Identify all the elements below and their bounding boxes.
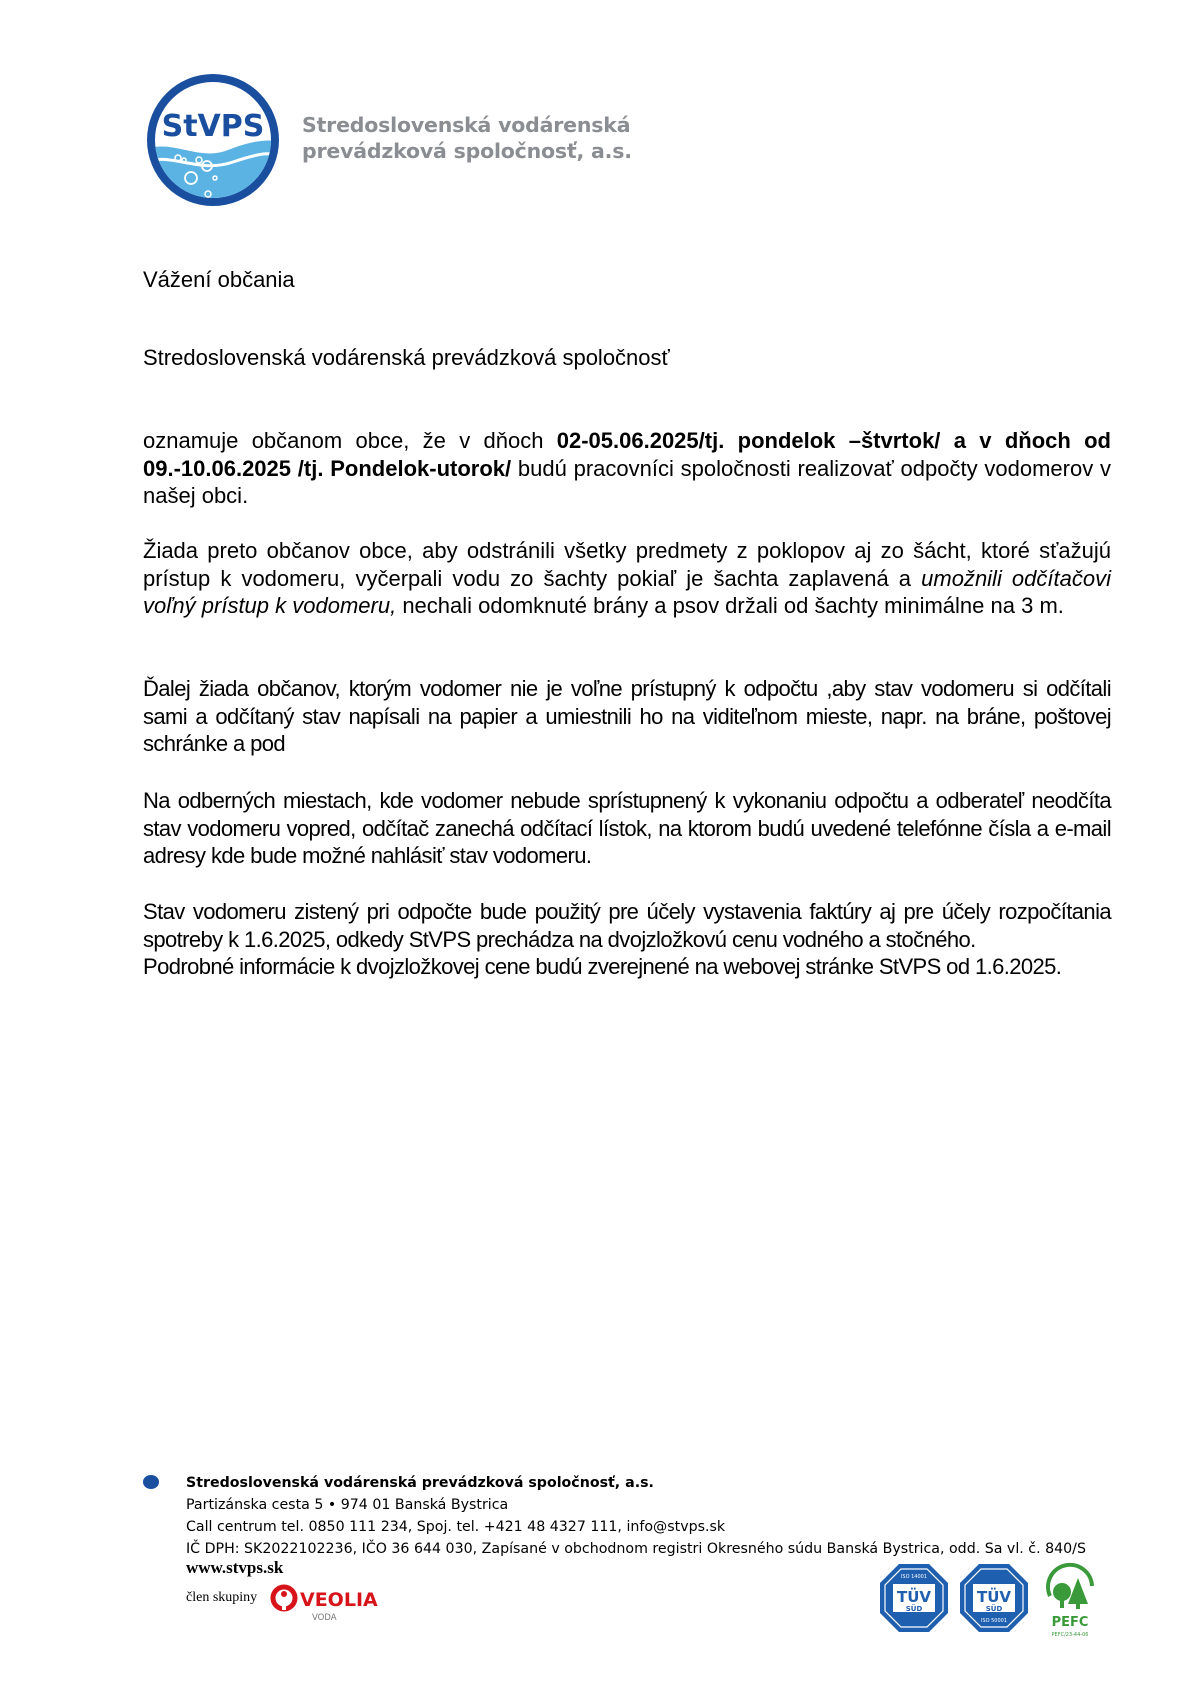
svg-text:VEOLIA: VEOLIA bbox=[300, 1589, 378, 1611]
paragraph-schedule: oznamuje občanom obce, že v dňoch 02-05.… bbox=[143, 427, 1111, 510]
svg-text:ISO 50001: ISO 50001 bbox=[981, 1618, 1007, 1624]
svg-text:SÜD: SÜD bbox=[906, 1604, 923, 1613]
svg-text:TÜV: TÜV bbox=[977, 1587, 1011, 1606]
paragraph-billing: Stav vodomeru zistený pri odpočte bude p… bbox=[143, 898, 1111, 981]
footer-registry: IČ DPH: SK2022102236, IČO 36 644 030, Za… bbox=[186, 1538, 1086, 1560]
logo-name-line1: Stredoslovenská vodárenská bbox=[302, 112, 632, 138]
svg-text:StVPS: StVPS bbox=[162, 109, 265, 144]
footer-contacts: Call centrum tel. 0850 111 234, Spoj. te… bbox=[186, 1516, 1086, 1538]
svg-text:PEFC: PEFC bbox=[1052, 1615, 1089, 1630]
footer-address: Partizánska cesta 5 • 974 01 Banská Byst… bbox=[186, 1494, 1086, 1516]
p2-text-end: nechali odomknuté brány a psov držali od… bbox=[396, 593, 1064, 618]
p5-info: Podrobné informácie k dvojzložkovej cene… bbox=[143, 953, 1111, 981]
svg-text:VODA: VODA bbox=[312, 1613, 337, 1623]
footer-contact: Stredoslovenská vodárenská prevádzková s… bbox=[186, 1472, 1086, 1560]
footer-bullet-icon bbox=[143, 1475, 159, 1489]
p1-text: oznamuje občanom obce, že v dňoch bbox=[143, 428, 557, 453]
tuv-iso50001-icon: TÜV SÜD ISO 50001 bbox=[958, 1562, 1030, 1634]
pefc-logo: PEFC PEFC/23-44-06 bbox=[1038, 1560, 1102, 1640]
sender-company: Stredoslovenská vodárenská prevádzková s… bbox=[143, 344, 1111, 372]
company-logo-name: Stredoslovenská vodárenská prevádzková s… bbox=[302, 112, 632, 164]
member-of-label: člen skupiny bbox=[186, 1590, 257, 1606]
logo-name-line2: prevádzková spoločnosť, a.s. bbox=[302, 138, 632, 164]
paragraph-reading-slip: Na odberných miestach, kde vodomer nebud… bbox=[143, 787, 1111, 870]
paragraph-self-reading: Ďalej žiada občanov, ktorým vodomer nie … bbox=[143, 675, 1111, 758]
greeting: Vážení občania bbox=[143, 266, 1111, 294]
footer-company: Stredoslovenská vodárenská prevádzková s… bbox=[186, 1472, 1086, 1494]
svg-text:SÜD: SÜD bbox=[986, 1604, 1003, 1613]
stvps-logo: StVPS bbox=[143, 70, 283, 210]
paragraph-request: Žiada preto občanov obce, aby odstránili… bbox=[143, 537, 1111, 620]
tuv-iso14001-icon: TÜV SÜD ISO 14001 bbox=[878, 1562, 950, 1634]
svg-text:TÜV: TÜV bbox=[897, 1587, 931, 1606]
svg-text:PEFC/23-44-06: PEFC/23-44-06 bbox=[1052, 1632, 1089, 1638]
veolia-logo: VEOLIA VODA bbox=[270, 1580, 400, 1624]
website-link[interactable]: www.stvps.sk bbox=[186, 1558, 283, 1578]
svg-text:ISO 14001: ISO 14001 bbox=[901, 1574, 927, 1580]
p5-billing: Stav vodomeru zistený pri odpočte bude p… bbox=[143, 898, 1111, 953]
